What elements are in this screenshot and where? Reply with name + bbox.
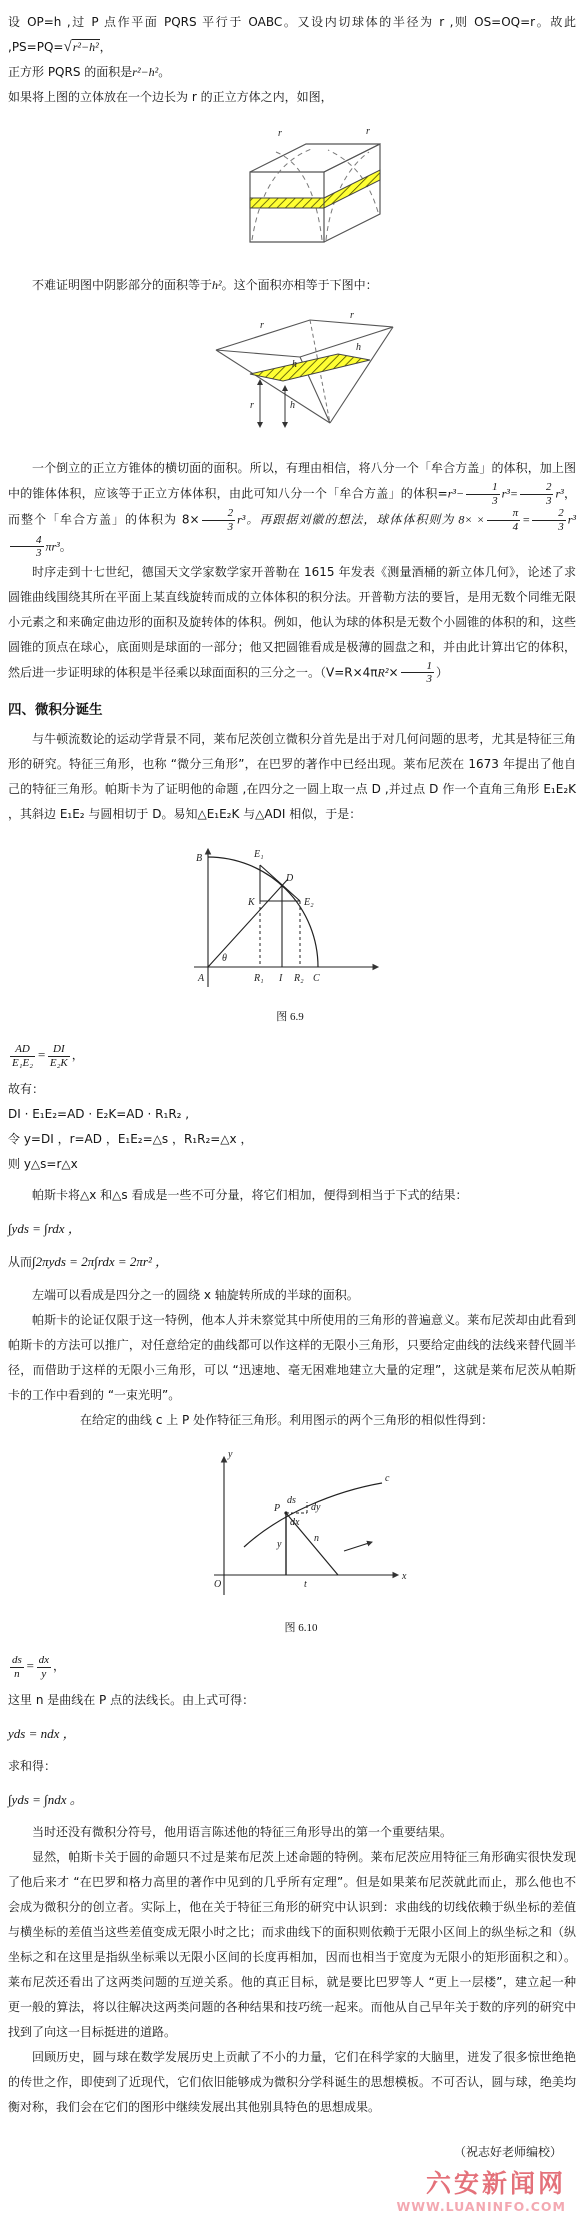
fraction-AD-E1E2: ADE₁E₂ [10,1043,35,1069]
fraction-two-thirds: 23 [202,507,236,533]
label-I: I [278,973,283,984]
label-D: D [285,873,294,884]
label-P: P [273,1503,280,1514]
paragraph-pascal-indivisibles: 帕斯卡将△x 和△s 看成是一些不可分量，将它们相加，便得到相当于下式的结果： [8,1183,576,1208]
figure-cube-dome: r r [218,122,576,261]
label-A: A [197,973,205,984]
fraction-four-thirds: 43 [10,534,44,560]
axes [214,1457,398,1595]
line-di-products: DI · E₁E₂=AD · E₂K=AD · R₁R₂ , [8,1102,576,1127]
section-heading-4: 四、微积分诞生 [8,698,576,723]
paragraph-mouhe-volume: 一个倒立的正立方锥体的横切面的面积。所以，有理由相信，将八分一个「牟合方盖」的体… [8,456,576,560]
editor-credit: （祝志好老师编校） [8,2140,576,2165]
pyramid-drawing: r r h h r h [188,310,423,435]
site-watermark: 六安新闻网 WWW.LUANINFO.COM [8,2169,576,2214]
point-P [284,1512,287,1515]
figure-6-9: B E₁ D K E₂ θ A R₁ I R₂ C 图 6.9 [180,839,400,1030]
formula-integral-yds-ndx: ∫yds = ∫ndx 。 [8,1787,576,1812]
measure-arrows [260,380,285,427]
annotation-arrow [344,1542,372,1551]
sqrt-formula: √r²−h² [63,40,99,54]
figure-6-10: y c P ds dy dx y n O x t 图 6.10 [186,1445,416,1641]
line-substitutions: 令 y=DI ，r=AD ，E₁E₂=△s ，R₁R₂=△x ， [8,1127,576,1152]
figure-6-10-caption: 图 6.10 [186,1616,416,1641]
formula-yds-ndx: yds = ndx ， [8,1721,576,1746]
pyramid-label-mid-h2: h [292,359,297,370]
paragraph-square-area: 正方形 PQRS 的面积是r²−h²。 [8,60,576,85]
fraction-two-thirds: 23 [532,507,566,533]
line-guyou: 故有： [8,1077,576,1102]
label-y-axis: y [227,1449,233,1460]
paragraph-no-notation: 当时还没有微积分符号，他用语言陈述他的特征三角形导出的第一个重要结果。 [8,1820,576,1845]
label-C: C [313,973,320,984]
label-dy: dy [311,1502,321,1513]
label-R2: R₂ [293,973,304,984]
formula-ds-n-ratio: dsn=dxy， [8,1653,576,1680]
label-theta: θ [222,953,227,964]
paragraph-characteristic-triangle: 在给定的曲线 c 上 P 处作特征三角形。利用图示的两个三角形的相似性得到： [8,1408,576,1433]
formula-similar-ratio: ADE₁E₂=DIE₂K， [8,1042,576,1069]
cube-dome-drawing: r r [218,122,408,252]
paragraph-conclusion: 回顾历史，圆与球在数学发展历史上贡献了不小的力量，它们在科学家的大脑里，迸发了很… [8,2045,576,2120]
formula-integral-2pi: 从而∫2πyds = 2π∫rdx = 2πr² ， [8,1249,576,1275]
pyramid-label-arrow-r: r [250,400,254,411]
formula-integral-yds-rdx: ∫yds = ∫rdx ， [8,1216,576,1241]
axes [194,849,378,987]
cube-label-r1: r [278,128,282,139]
label-y-segment: y [276,1539,282,1550]
fraction-dx-y: dxy [37,1654,51,1680]
paragraph-kepler: 时序走到十七世纪，德国天文学家数学家开普勒在 1615 年发表《测量酒桶的新立体… [8,560,576,686]
label-K: K [247,897,256,908]
label-c: c [385,1473,390,1484]
curve-normal-drawing: y c P ds dy dx y n O x t [186,1445,416,1605]
line-y-delta-s: 则 y△s=r△x [8,1152,576,1177]
line-sum: 求和得： [8,1754,576,1779]
paragraph-hemisphere-area: 左端可以看成是四分之一的圆绕 x 轴旋转所成的半球的面积。 [8,1283,576,1308]
label-ds: ds [287,1495,296,1506]
pyramid-section-band [250,354,370,381]
pyramid-label-top-r2: r [350,310,354,321]
figure-6-9-caption: 图 6.9 [180,1005,400,1030]
cube-edges [250,144,380,242]
paragraph-pascal-limit: 帕斯卡的论证仅限于这一特例，他本人并未察觉其中所使用的三角形的普遍意义。莱布尼茨… [8,1308,576,1408]
pyramid-label-mid-h: h [356,342,361,353]
document-page: 设 OP=h ,过 P 点作平面 PQRS 平行于 OABC。又设内切球体的半径… [0,0,584,2214]
fraction-DI-E2K: DIE₂K [48,1043,70,1069]
pyramid-label-top-r: r [260,320,264,331]
paragraph-setup: 设 OP=h ,过 P 点作平面 PQRS 平行于 OABC。又设内切球体的半径… [8,10,576,60]
label-E2: E₂ [303,897,314,908]
paragraph-shaded-area: 不难证明图中阴影部分的面积等于h²。这个面积亦相等于下图中： [8,273,576,298]
label-B: B [196,853,202,864]
figure-inverted-pyramid: r r h h r h [188,310,576,444]
pyramid-label-arrow-h: h [290,400,295,411]
label-E1: E₁ [253,849,264,860]
label-t: t [304,1579,307,1590]
paragraph-leibniz-generalization: 显然，帕斯卡关于圆的命题只不过是莱布尼茨上述命题的特例。莱布尼茨应用特征三角形确… [8,1845,576,2045]
fraction-two-thirds: 23 [520,481,554,507]
watermark-site-name: 六安新闻网 [8,2169,566,2199]
curve-c [244,1483,382,1547]
label-O: O [214,1579,221,1590]
fraction-one-third: 13 [466,481,500,507]
label-x-axis: x [401,1571,407,1582]
paragraph-leibniz-intro: 与牛顿流数论的运动学背景不同，莱布尼茨创立微积分首先是出于对几何问题的思考，尤其… [8,727,576,827]
fraction-one-third: 13 [401,660,435,686]
dashed-drops [260,901,300,967]
quarter-arc [208,857,318,967]
paragraph-put-in-cube: 如果将上图的立体放在一个边长为 r 的正立方体之内，如图， [8,85,576,110]
label-dx: dx [290,1517,300,1528]
label-R1: R₁ [253,973,264,984]
radical-sign: √ [63,39,71,55]
paragraph-normal-length: 这里 n 是曲线在 P 点的法线长。由上式可得： [8,1688,576,1713]
fraction-pi-fourth: π4 [487,507,521,533]
label-n: n [314,1533,319,1544]
cube-label-r2: r [366,126,370,137]
quarter-circle-drawing: B E₁ D K E₂ θ A R₁ I R₂ C [180,839,390,994]
watermark-site-url: WWW.LUANINFO.COM [8,2199,566,2214]
fraction-ds-n: dsn [10,1654,24,1680]
